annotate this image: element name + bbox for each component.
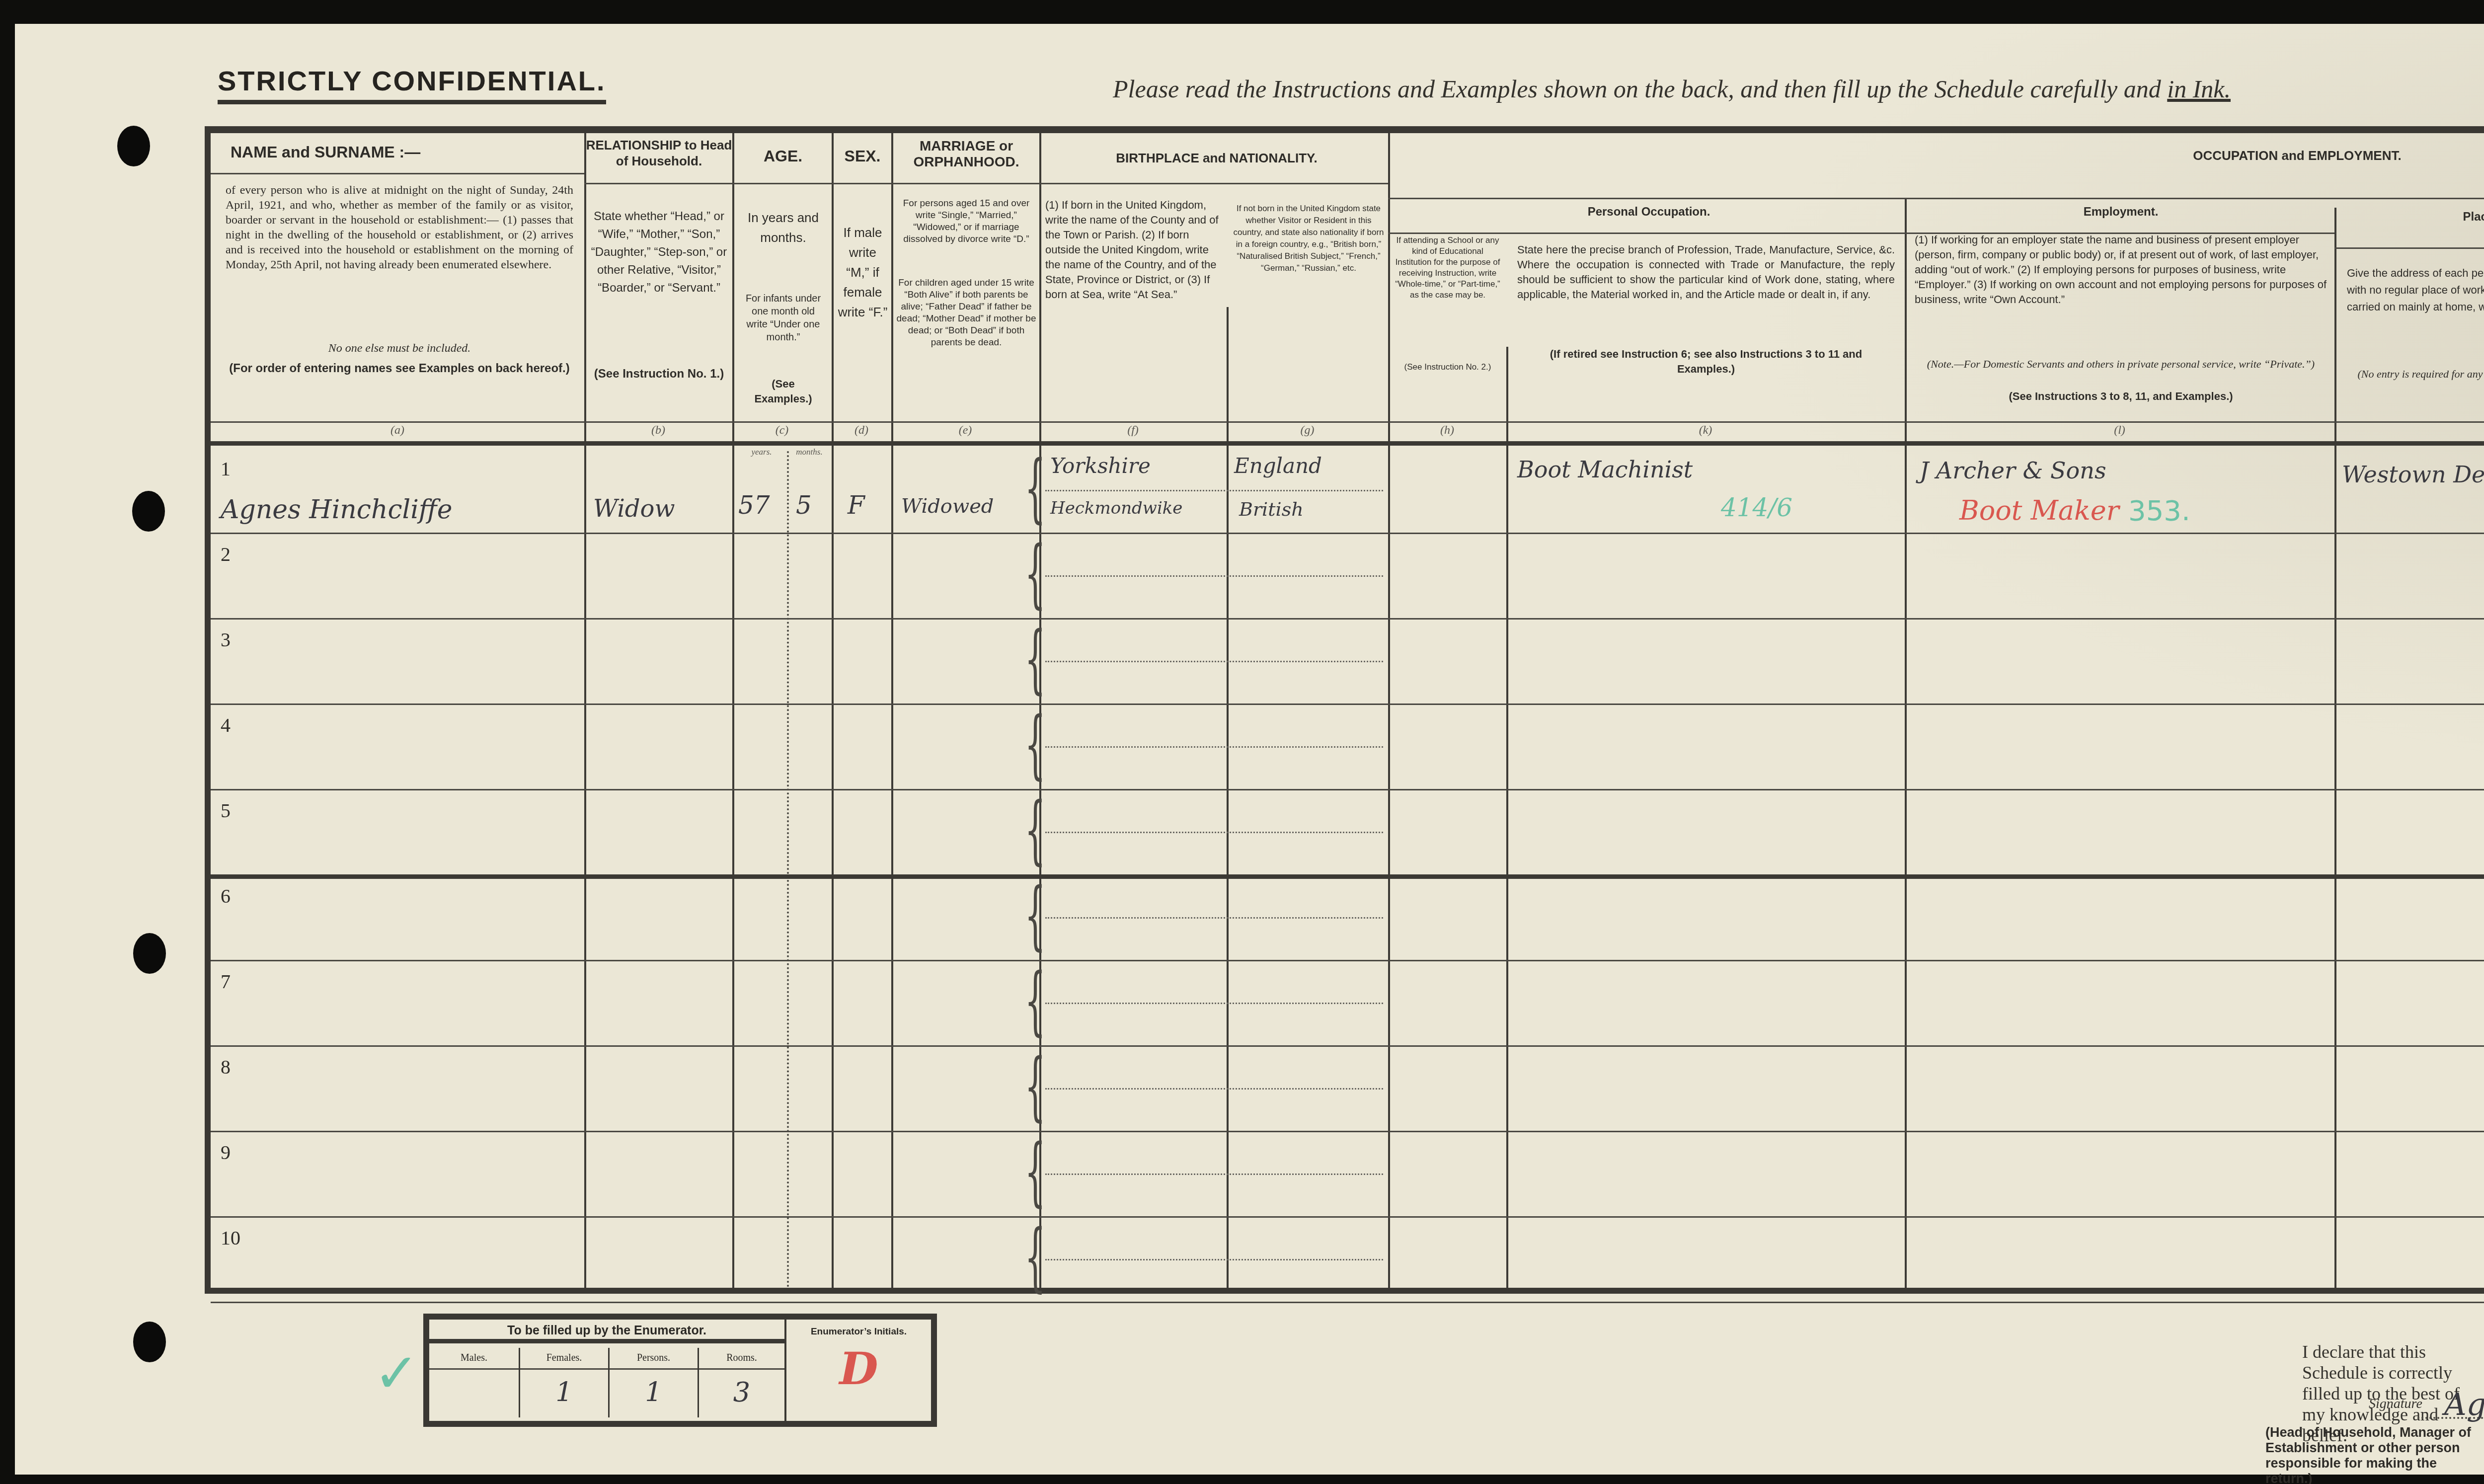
col-m-body: Give the address of each person’s place … (2347, 265, 2484, 315)
col-divider (732, 133, 734, 1288)
row1-name[interactable]: Agnes Hinchcliffe (221, 495, 452, 525)
col-k-title: Personal Occupation. (1393, 205, 1905, 219)
row-number: 9 (221, 1141, 231, 1164)
row-brace: { (1024, 537, 1046, 611)
instruction-text: Please read the Instructions and Example… (1113, 75, 2167, 103)
col-c-body: In years and months. (742, 208, 824, 247)
rooms-cell: Rooms. 3 (698, 1348, 784, 1417)
row-brace: { (1024, 451, 1046, 526)
row1-nationality[interactable]: British (1239, 498, 1304, 520)
col-l-title: Employment. (1907, 205, 2334, 219)
row1-relationship[interactable]: Widow (593, 495, 675, 523)
row-birthplace-divider (1045, 661, 1383, 662)
row-rule (211, 960, 2484, 961)
row1-age-years[interactable]: 57 (738, 491, 770, 520)
row-rule (211, 1216, 2484, 1218)
col-a-title: NAME and SURNAME :— (231, 143, 420, 161)
col-a-body: of every person who is alive at midnight… (226, 183, 573, 272)
confidential-heading: STRICTLY CONFIDENTIAL. (218, 65, 606, 104)
row-birthplace-divider (1045, 575, 1383, 577)
header-rule (584, 183, 1039, 184)
males-cell: Males. (429, 1348, 519, 1417)
col-divider (1506, 347, 1508, 1288)
col-fg-title: BIRTHPLACE and NATIONALITY. (1045, 151, 1388, 166)
col-m-note: (No entry is required for any person who… (2347, 367, 2484, 382)
row1-occupation[interactable]: Boot Machinist (1517, 456, 1693, 483)
row-number: 1 (221, 457, 231, 480)
col-b-title: RELATIONSHIP to Head of Household. (586, 137, 732, 169)
row-brace: { (1024, 964, 1046, 1038)
col-letter-m: (m) (2334, 424, 2484, 437)
col-e-title: MARRIAGE or ORPHANHOOD. (893, 138, 1039, 170)
row1-employer-code: 353. (2128, 495, 2190, 527)
row-birthplace-divider (1045, 917, 1383, 919)
green-tick-mark: ✓ (374, 1341, 419, 1405)
col-divider (1388, 133, 1390, 1288)
row1-birthplace-town[interactable]: Heckmondwike (1050, 498, 1183, 518)
rooms-value[interactable]: 3 (699, 1370, 784, 1408)
col-divider (832, 133, 834, 1288)
enumerator-initials-label: Enumerator’s Initials. (786, 1327, 931, 1337)
row-brace: { (1024, 1135, 1046, 1209)
col-letter-k: (k) (1506, 424, 1905, 437)
persons-label: Persons. (610, 1348, 698, 1370)
punch-hole-3 (133, 933, 166, 974)
row-birthplace-divider (1045, 1173, 1383, 1175)
row1-birthplace-county[interactable]: Yorkshire (1050, 454, 1151, 478)
enumerator-initials-cell: Enumerator’s Initials. D (784, 1320, 931, 1421)
col-letter-a: (a) (211, 424, 584, 437)
col-c-footer: (See Examples.) (742, 377, 824, 406)
col-h-body: If attending a School or any kind of Edu… (1393, 235, 1502, 301)
row1-employer-annotation: Boot Maker (1959, 495, 2119, 526)
age-months-label: months. (787, 447, 832, 457)
col-k-body: State here the precise branch of Profess… (1517, 242, 1895, 302)
row-number: 6 (221, 884, 231, 908)
females-cell: Females. 1 (519, 1348, 608, 1417)
col-letter-c: (c) (732, 424, 832, 437)
females-label: Females. (520, 1348, 608, 1370)
header-rule (211, 421, 2484, 423)
age-years-months-divider (787, 451, 789, 1288)
row-rule (211, 1131, 2484, 1132)
signature-note: (Head of Household, Manager of Establish… (2265, 1425, 2484, 1484)
col-d-body: If male write “M,” if female write “F.” (837, 223, 889, 322)
col-b-body: State whether “Head,” or “Wife,” “Mother… (591, 208, 727, 297)
header-rule (1388, 198, 2484, 199)
row-brace: { (1024, 1049, 1046, 1124)
col-divider (2334, 208, 2336, 1288)
row-birthplace-divider (1045, 746, 1383, 748)
col-occ-title: OCCUPATION and EMPLOYMENT. (1949, 148, 2484, 163)
persons-value[interactable]: 1 (610, 1370, 698, 1408)
col-letter-d: (d) (832, 424, 891, 437)
row1-employer[interactable]: J Archer & Sons (1920, 457, 2106, 484)
col-l-note: (Note.—For Domestic Servants and others … (1915, 357, 2327, 372)
instruction-line: Please read the Instructions and Example… (1113, 75, 2231, 103)
col-letter-f: (f) (1039, 424, 1227, 437)
row-brace: { (1024, 793, 1046, 867)
row-birthplace-divider (1045, 490, 1383, 491)
males-value[interactable] (429, 1370, 519, 1377)
punch-hole-2 (132, 491, 165, 532)
schedule-table: NAME and SURNAME :— of every person who … (205, 126, 2484, 1294)
col-e-small: For children aged under 15 write “Both A… (896, 277, 1036, 349)
row-brace: { (1024, 1220, 1046, 1295)
col-l-footer: (See Instructions 3 to 8, 11, and Exampl… (1915, 389, 2327, 404)
row-number: 2 (221, 543, 231, 566)
row-birthplace-divider (1045, 1088, 1383, 1090)
col-c-title: AGE. (734, 147, 832, 165)
col-letter-h: (h) (1388, 424, 1506, 437)
header-rule (1039, 183, 1388, 184)
col-f-body: (1) If born in the United Kingdom, write… (1045, 198, 1222, 302)
col-b-footer: (See Instruction No. 1.) (591, 367, 727, 382)
col-letter-g: (g) (1227, 424, 1388, 437)
enumerator-initials-value[interactable]: D (786, 1342, 931, 1395)
row1-age-months[interactable]: 5 (796, 491, 812, 520)
row-brace: { (1024, 878, 1046, 953)
row-birthplace-divider (1045, 832, 1383, 833)
males-label: Males. (429, 1348, 519, 1370)
col-h-footer: (See Instruction No. 2.) (1393, 362, 1502, 373)
females-value[interactable]: 1 (520, 1370, 608, 1408)
row-rule (211, 533, 2484, 534)
row-birthplace-divider (1045, 1003, 1383, 1004)
signature-label: Signature (2369, 1396, 2422, 1412)
row-rule (211, 1302, 2484, 1303)
rooms-label: Rooms. (699, 1348, 784, 1370)
col-c-small: For infants under one month old write “U… (742, 292, 824, 344)
col-e-body: For persons aged 15 and over write “Sing… (896, 198, 1036, 245)
col-divider (1227, 307, 1229, 1288)
persons-cell: Persons. 1 (608, 1348, 698, 1417)
row-rule (211, 874, 2484, 879)
enumerator-totals-box: To be filled up by the Enumerator. Enume… (423, 1314, 937, 1427)
row-number: 10 (221, 1226, 240, 1250)
header-rule (2334, 247, 2484, 249)
header-thick-rule (211, 441, 2484, 446)
row1-nationality-country[interactable]: England (1234, 454, 1322, 478)
enumerator-box-header: To be filled up by the Enumerator. (429, 1320, 784, 1343)
row-number: 5 (221, 799, 231, 822)
row1-place-of-work[interactable]: Westown Dewsbury (2342, 461, 2484, 488)
row-rule (211, 703, 2484, 705)
col-letter-l: (l) (1905, 424, 2334, 437)
row1-marriage[interactable]: Widowed (901, 495, 994, 518)
col-letter-b: (b) (584, 424, 732, 437)
col-divider (891, 133, 893, 1288)
col-g-body: If not born in the United Kingdom state … (1232, 203, 1386, 274)
row1-sex[interactable]: F (848, 491, 865, 520)
row-number: 4 (221, 713, 231, 737)
row-brace: { (1024, 622, 1046, 697)
row-number: 3 (221, 628, 231, 651)
row-number: 7 (221, 970, 231, 993)
col-a-footer: (For order of entering names see Example… (226, 362, 573, 376)
punch-hole-1 (117, 126, 150, 166)
row-birthplace-divider (1045, 1259, 1383, 1260)
col-a-note: No one else must be included. (226, 342, 573, 355)
col-divider (584, 133, 586, 1288)
row1-occupation-code: 414/6 (1721, 493, 1792, 522)
row-rule (211, 1045, 2484, 1047)
row-rule (211, 789, 2484, 790)
header-rule (211, 173, 584, 174)
col-m-title: Place of Work. (2337, 210, 2484, 224)
in-ink-text: in Ink. (2167, 75, 2231, 103)
col-divider (1905, 198, 1907, 1288)
col-k-footer: (If retired see Instruction 6; see also … (1522, 347, 1890, 377)
row-number: 8 (221, 1055, 231, 1079)
age-years-label: years. (734, 447, 789, 457)
col-letter-e: (e) (891, 424, 1039, 437)
col-l-body: (1) If working for an employer state the… (1915, 233, 2327, 307)
signature-value[interactable]: Agnes Hinchcliffe (2444, 1386, 2484, 1422)
row-brace: { (1024, 707, 1046, 782)
col-d-title: SEX. (834, 147, 891, 165)
row-rule (211, 618, 2484, 620)
punch-hole-4 (133, 1322, 166, 1362)
